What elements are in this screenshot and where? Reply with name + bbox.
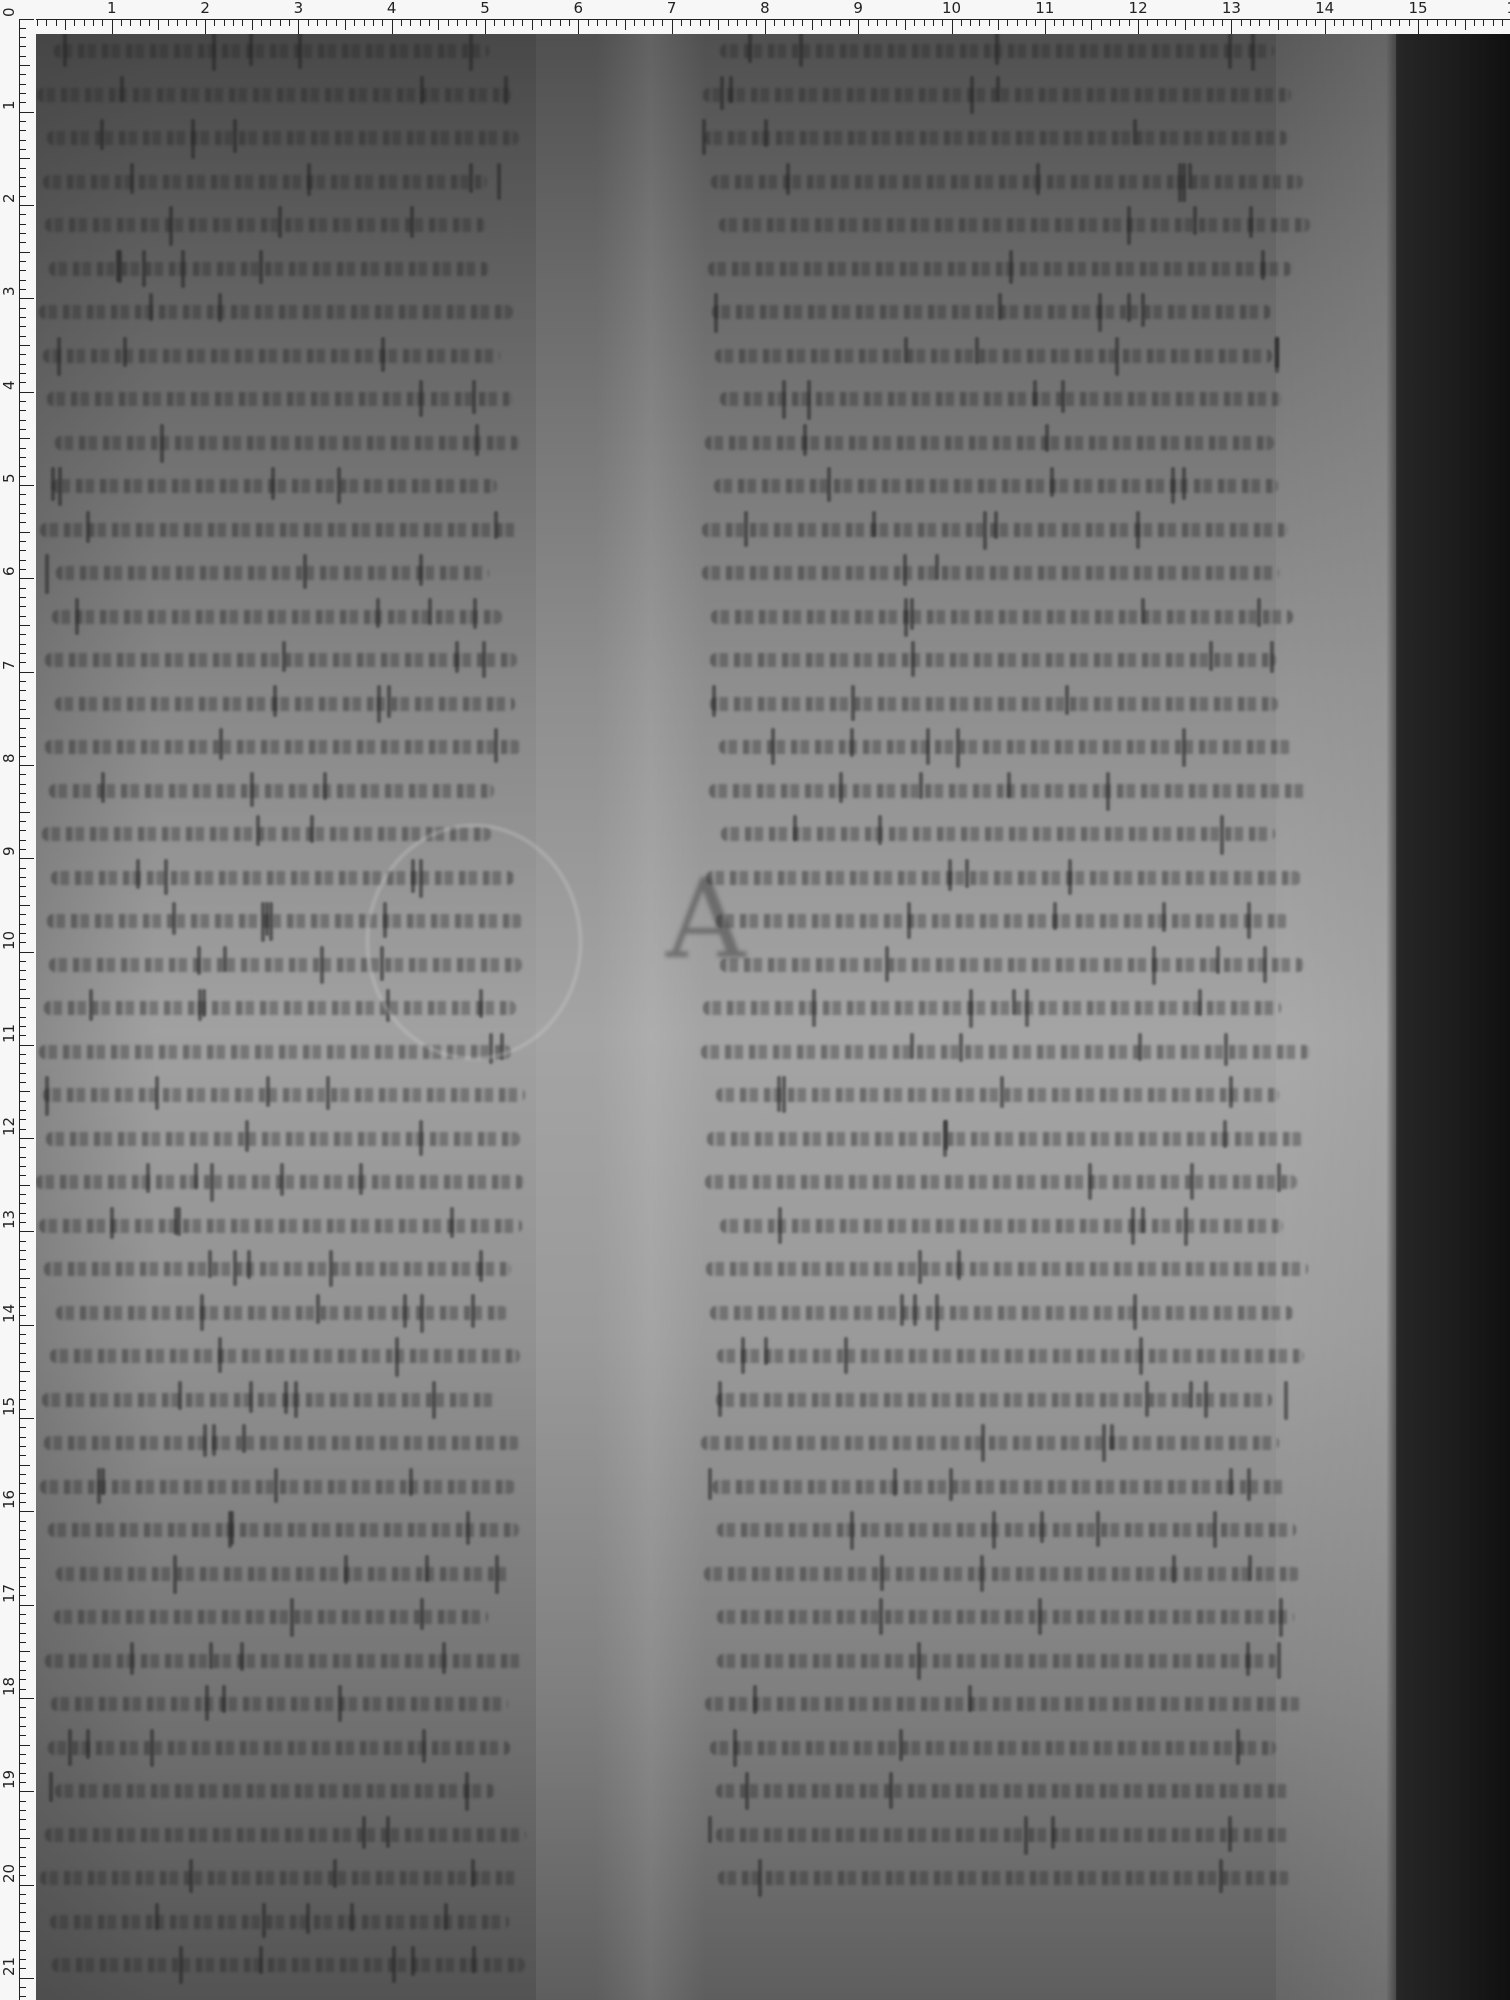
left-ruler-tick xyxy=(19,522,26,523)
top-ruler-tick xyxy=(46,19,47,26)
manuscript-text-line xyxy=(720,1219,1283,1233)
left-ruler-tick xyxy=(19,1679,26,1680)
manuscript-stroke xyxy=(179,1946,183,1984)
top-ruler-tick xyxy=(578,19,579,34)
top-ruler-tick xyxy=(644,19,645,26)
left-ruler-tick xyxy=(19,868,26,869)
manuscript-stroke xyxy=(51,467,55,501)
manuscript-text-line xyxy=(715,349,1272,363)
manuscript-stroke xyxy=(475,424,479,456)
top-ruler-tick xyxy=(625,19,626,30)
top-ruler-label: 3 xyxy=(294,0,304,16)
manuscript-stroke xyxy=(419,380,423,417)
manuscript-stroke xyxy=(155,1903,159,1930)
manuscript-stroke xyxy=(116,250,120,283)
top-ruler-tick xyxy=(970,19,971,26)
left-ruler-tick xyxy=(19,1922,26,1923)
manuscript-stroke xyxy=(799,34,803,67)
left-ruler-tick xyxy=(19,746,26,747)
left-ruler-tick xyxy=(19,1745,30,1746)
left-ruler-tick xyxy=(19,1875,26,1876)
manuscript-stroke xyxy=(233,1250,237,1286)
top-ruler-tick xyxy=(37,19,38,26)
manuscript-stroke xyxy=(262,1903,266,1939)
manuscript-stroke xyxy=(1127,206,1131,245)
manuscript-stroke xyxy=(1061,380,1065,413)
left-ruler-tick xyxy=(19,364,26,365)
left-ruler-tick xyxy=(19,149,26,150)
top-ruler-tick xyxy=(224,19,225,26)
top-ruler-tick xyxy=(774,19,775,26)
left-ruler-tick xyxy=(19,681,26,682)
left-ruler-tick xyxy=(19,74,26,75)
left-ruler-tick xyxy=(19,1203,26,1204)
left-ruler-tick xyxy=(19,65,30,66)
left-ruler-tick xyxy=(19,392,34,393)
manuscript-stroke xyxy=(1263,946,1267,983)
manuscript-stroke xyxy=(807,380,811,420)
left-ruler-tick xyxy=(19,718,30,719)
top-ruler-tick xyxy=(1287,19,1288,26)
manuscript-stroke xyxy=(271,467,275,500)
top-ruler-tick xyxy=(121,19,122,26)
circular-stain xyxy=(366,824,582,1060)
manuscript-stroke xyxy=(1236,1729,1240,1765)
manuscript-stroke xyxy=(1145,1381,1149,1418)
top-ruler-tick xyxy=(560,19,561,26)
manuscript-stroke xyxy=(1133,1294,1137,1330)
top-ruler-tick xyxy=(812,19,813,30)
top-ruler-tick xyxy=(1091,19,1092,30)
top-ruler-tick xyxy=(821,19,822,26)
manuscript-stroke xyxy=(381,337,385,372)
left-ruler-tick xyxy=(19,644,26,645)
top-ruler-tick xyxy=(1259,19,1260,26)
left-ruler-tick xyxy=(19,121,26,122)
manuscript-stroke xyxy=(212,34,216,71)
left-ruler-tick xyxy=(19,1829,26,1830)
manuscript-stroke xyxy=(1106,772,1110,811)
manuscript-stroke xyxy=(741,1337,745,1374)
top-ruler-tick xyxy=(420,19,421,26)
manuscript-text-line xyxy=(49,784,494,798)
left-ruler-tick xyxy=(19,1035,26,1036)
top-ruler-tick xyxy=(298,19,299,34)
left-ruler-label: 13 xyxy=(1,1210,17,1229)
manuscript-stroke xyxy=(337,467,341,504)
manuscript-stroke xyxy=(778,1207,782,1245)
left-ruler-tick xyxy=(19,1381,26,1382)
manuscript-stroke xyxy=(203,1424,207,1457)
left-ruler-tick xyxy=(19,1670,26,1671)
manuscript-stroke xyxy=(996,76,1000,103)
top-ruler-label: 10 xyxy=(942,0,961,16)
top-ruler-tick xyxy=(1175,19,1176,26)
left-ruler-tick xyxy=(19,448,26,449)
top-ruler-tick xyxy=(588,19,589,26)
manuscript-stroke xyxy=(748,34,752,63)
top-ruler-tick xyxy=(858,19,859,34)
manuscript-text-line xyxy=(716,1088,1279,1102)
top-ruler-tick xyxy=(886,19,887,26)
left-ruler-tick xyxy=(19,233,26,234)
manuscript-stroke xyxy=(1139,1337,1143,1375)
top-ruler-tick xyxy=(196,19,197,26)
left-ruler-tick xyxy=(19,504,26,505)
top-ruler-tick xyxy=(914,19,915,26)
manuscript-text-line xyxy=(712,1480,1287,1494)
left-ruler-tick xyxy=(19,1726,26,1727)
manuscript-stroke xyxy=(1040,1511,1044,1543)
left-ruler-tick xyxy=(19,261,26,262)
manuscript-stroke xyxy=(86,1729,90,1759)
left-ruler-tick xyxy=(19,112,34,113)
manuscript-stroke xyxy=(223,946,227,972)
manuscript-stroke xyxy=(178,1381,182,1411)
manuscript-stroke xyxy=(205,1685,209,1721)
left-ruler-label: 5 xyxy=(1,473,17,483)
top-ruler-tick xyxy=(1315,19,1316,26)
manuscript-text-line xyxy=(705,1697,1302,1711)
left-ruler-tick xyxy=(19,205,34,206)
manuscript-text-line xyxy=(51,1697,507,1711)
left-ruler-tick xyxy=(19,1073,26,1074)
left-ruler-tick xyxy=(19,1940,26,1941)
manuscript-stroke xyxy=(273,685,277,718)
left-ruler-label: 9 xyxy=(1,847,17,857)
manuscript-stroke xyxy=(89,989,93,1021)
left-ruler-tick xyxy=(19,1567,26,1568)
manuscript-text-line xyxy=(704,1567,1300,1581)
left-ruler-tick xyxy=(19,1754,26,1755)
manuscript-stroke xyxy=(913,1294,917,1326)
manuscript-stroke xyxy=(879,1598,883,1635)
manuscript-stroke xyxy=(994,511,998,540)
left-ruler-tick xyxy=(19,1287,26,1288)
manuscript-stroke xyxy=(494,728,498,763)
left-ruler-tick xyxy=(19,896,26,897)
manuscript-stroke xyxy=(1277,1642,1281,1680)
top-ruler-tick xyxy=(1418,19,1419,34)
manuscript-stroke xyxy=(1171,467,1175,504)
top-ruler-tick xyxy=(522,19,523,26)
manuscript-text-line xyxy=(701,1045,1310,1059)
manuscript-stroke xyxy=(1184,1207,1188,1246)
top-ruler-tick xyxy=(1213,19,1214,26)
manuscript-stroke xyxy=(130,1642,134,1676)
top-ruler-tick xyxy=(952,19,953,34)
left-ruler-tick xyxy=(19,970,26,971)
manuscript-stroke xyxy=(1133,119,1137,145)
top-ruler-tick xyxy=(242,19,243,26)
manuscript-stroke xyxy=(1204,1381,1208,1418)
manuscript-stroke xyxy=(504,76,508,104)
top-ruler-label: 1 xyxy=(1507,0,1510,16)
manuscript-stroke xyxy=(1228,34,1232,69)
top-ruler-tick xyxy=(401,19,402,26)
left-ruler-tick xyxy=(19,280,26,281)
top-ruler-tick xyxy=(933,19,934,26)
left-ruler-tick xyxy=(19,989,26,990)
top-ruler-tick xyxy=(317,19,318,26)
top-ruler-tick xyxy=(616,19,617,26)
manuscript-stroke xyxy=(1068,859,1072,895)
manuscript-text-line xyxy=(48,1523,520,1537)
manuscript-stroke xyxy=(242,1424,246,1453)
manuscript-text-line xyxy=(702,566,1279,580)
top-ruler-label: 15 xyxy=(1408,0,1427,16)
manuscript-stroke xyxy=(1098,293,1102,332)
manuscript-text-line xyxy=(716,914,1289,928)
left-ruler-tick xyxy=(19,914,26,915)
manuscript-stroke xyxy=(793,815,797,841)
manuscript-stroke xyxy=(473,598,477,630)
decorated-initial: A xyxy=(666,864,745,974)
left-ruler-tick xyxy=(19,326,26,327)
manuscript-stroke xyxy=(1065,685,1069,715)
manuscript-text-line xyxy=(703,1001,1281,1015)
left-ruler-label: 3 xyxy=(1,287,17,297)
manuscript-stroke xyxy=(1141,293,1145,327)
manuscript-stroke xyxy=(278,206,282,238)
manuscript-stroke xyxy=(466,1511,470,1545)
manuscript-stroke xyxy=(310,815,314,843)
top-ruler-tick xyxy=(728,19,729,26)
top-ruler-tick xyxy=(56,19,57,26)
left-ruler-tick xyxy=(19,1651,30,1652)
left-ruler-tick xyxy=(19,1213,26,1214)
left-ruler-label: 1 xyxy=(1,100,17,110)
manuscript-stroke xyxy=(712,685,716,718)
left-ruler-tick xyxy=(19,1418,34,1419)
manuscript-stroke xyxy=(904,337,908,363)
left-ruler-tick xyxy=(19,849,26,850)
manuscript-stroke xyxy=(442,1642,446,1675)
manuscript-stroke xyxy=(142,250,146,287)
top-ruler-tick xyxy=(868,19,869,26)
top-ruler-tick xyxy=(1101,19,1102,26)
left-ruler-tick xyxy=(19,1810,26,1811)
left-ruler-tick xyxy=(19,625,30,626)
manuscript-stroke xyxy=(428,598,432,626)
manuscript-text-line xyxy=(714,479,1279,493)
manuscript-stroke xyxy=(63,34,67,67)
manuscript-stroke xyxy=(1025,989,1029,1027)
top-ruler-tick xyxy=(597,19,598,26)
left-ruler-tick xyxy=(19,93,26,94)
manuscript-stroke xyxy=(266,1076,270,1107)
manuscript-text-line xyxy=(706,871,1301,885)
top-ruler-label: 13 xyxy=(1222,0,1241,16)
manuscript-stroke xyxy=(136,859,140,890)
top-ruler-tick xyxy=(158,19,159,30)
top-ruler-tick xyxy=(261,19,262,26)
left-ruler-tick xyxy=(19,784,26,785)
left-ruler-tick xyxy=(19,1455,26,1456)
left-ruler-tick xyxy=(19,998,30,999)
manuscript-text-line xyxy=(720,392,1282,406)
manuscript-stroke xyxy=(392,1946,396,1983)
top-ruler-tick xyxy=(784,19,785,26)
left-ruler-label: 8 xyxy=(1,753,17,763)
left-ruler-tick xyxy=(19,737,26,738)
left-ruler-label: 21 xyxy=(1,1957,17,1976)
manuscript-text-line xyxy=(719,740,1291,754)
top-ruler: 01234567891011121314151 xyxy=(0,0,1510,34)
manuscript-stroke xyxy=(444,1903,448,1931)
manuscript-text-line xyxy=(721,827,1275,841)
top-ruler-tick xyxy=(382,19,383,26)
top-ruler-tick xyxy=(1493,19,1494,26)
manuscript-stroke xyxy=(75,598,79,635)
manuscript-stroke xyxy=(177,1207,181,1236)
top-ruler-tick xyxy=(373,19,374,26)
left-ruler-tick xyxy=(19,1707,26,1708)
manuscript-stroke xyxy=(202,989,206,1017)
top-ruler-label: 5 xyxy=(480,0,490,16)
manuscript-stroke xyxy=(218,1337,222,1373)
top-ruler-tick xyxy=(457,19,458,26)
top-ruler-label: 1 xyxy=(107,0,117,16)
manuscript-stroke xyxy=(472,380,476,414)
top-ruler-tick xyxy=(1437,19,1438,26)
top-ruler-tick xyxy=(1045,19,1046,34)
top-ruler-tick xyxy=(1465,19,1466,30)
top-ruler-tick xyxy=(1362,19,1363,26)
left-ruler-tick xyxy=(19,550,26,551)
top-ruler-tick xyxy=(569,19,570,26)
top-ruler-tick xyxy=(354,19,355,26)
top-ruler-tick xyxy=(429,19,430,26)
manuscript-stroke xyxy=(957,1250,961,1280)
manuscript-stroke xyxy=(209,1642,213,1670)
manuscript-stroke xyxy=(376,598,380,629)
manuscript-stroke xyxy=(1138,1033,1142,1062)
manuscript-text-line xyxy=(46,1132,520,1146)
manuscript-stroke xyxy=(362,1816,366,1849)
left-ruler-tick xyxy=(19,28,26,29)
top-ruler-tick xyxy=(1129,19,1130,26)
manuscript-stroke xyxy=(782,380,786,419)
left-ruler-label: 16 xyxy=(1,1490,17,1509)
manuscript-stroke xyxy=(935,554,939,580)
manuscript-stroke xyxy=(1102,1424,1106,1462)
manuscript-stroke xyxy=(101,1468,105,1496)
left-ruler-tick xyxy=(19,1502,26,1503)
left-ruler-tick xyxy=(19,532,30,533)
manuscript-stroke xyxy=(1246,1642,1250,1676)
left-ruler-tick xyxy=(19,298,34,299)
manuscript-stroke xyxy=(100,119,104,150)
left-ruler-tick xyxy=(19,242,26,243)
manuscript-text-line xyxy=(711,175,1303,189)
left-ruler-label: 10 xyxy=(1,930,17,949)
manuscript-stroke xyxy=(1172,1555,1176,1583)
top-ruler-label: 8 xyxy=(760,0,770,16)
left-ruler-tick xyxy=(19,1138,34,1139)
manuscript-stroke xyxy=(827,467,831,502)
manuscript-stroke xyxy=(420,1294,424,1334)
top-ruler-label: 7 xyxy=(667,0,677,16)
manuscript-text-line xyxy=(49,262,489,276)
manuscript-stroke xyxy=(1038,1598,1042,1635)
manuscript-stroke xyxy=(992,1511,996,1549)
left-ruler-tick xyxy=(19,1026,26,1027)
top-ruler-tick xyxy=(1073,19,1074,26)
manuscript-stroke xyxy=(403,1294,407,1328)
left-ruler-tick xyxy=(19,821,26,822)
left-ruler-tick xyxy=(19,924,26,925)
top-ruler-tick xyxy=(93,19,94,26)
left-ruler-tick xyxy=(19,1157,26,1158)
manuscript-stroke xyxy=(1189,1381,1193,1408)
manuscript-stroke xyxy=(1141,1207,1145,1233)
left-ruler-tick xyxy=(19,1231,34,1232)
top-ruler-tick xyxy=(466,19,467,26)
left-ruler-tick xyxy=(19,1950,26,1951)
manuscript-stroke xyxy=(812,989,816,1027)
left-ruler-tick xyxy=(19,1661,26,1662)
left-ruler-tick xyxy=(19,961,26,962)
manuscript-stroke xyxy=(247,1250,251,1279)
manuscript-stroke xyxy=(1152,946,1156,986)
manuscript-stroke xyxy=(425,1555,429,1583)
left-ruler-tick xyxy=(19,308,26,309)
manuscript-text-line xyxy=(56,1567,513,1581)
top-ruler-tick xyxy=(410,19,411,26)
left-ruler-tick xyxy=(19,1605,34,1606)
left-ruler-tick xyxy=(19,102,26,103)
manuscript-stroke xyxy=(259,250,263,285)
manuscript-stroke xyxy=(899,1729,903,1761)
manuscript-stroke xyxy=(419,1120,423,1156)
top-ruler-tick xyxy=(1017,19,1018,26)
top-ruler-label: 14 xyxy=(1315,0,1334,16)
manuscript-stroke xyxy=(1251,34,1255,71)
manuscript-stroke xyxy=(479,1250,483,1282)
top-ruler-tick xyxy=(961,19,962,26)
manuscript-stroke xyxy=(250,772,254,807)
left-ruler-tick xyxy=(19,410,26,411)
manuscript-stroke xyxy=(432,1381,436,1420)
left-ruler-tick xyxy=(19,756,26,757)
left-ruler-tick xyxy=(19,1222,26,1223)
left-ruler-tick xyxy=(19,1474,26,1475)
top-ruler-tick xyxy=(1269,19,1270,26)
manuscript-stroke xyxy=(422,1729,426,1763)
top-ruler-tick xyxy=(74,19,75,26)
left-ruler-tick xyxy=(19,168,26,169)
manuscript-stroke xyxy=(1007,772,1011,798)
manuscript-stroke xyxy=(284,1381,288,1414)
top-ruler-tick xyxy=(252,19,253,30)
manuscript-stroke xyxy=(259,1946,263,1974)
manuscript-stroke xyxy=(995,34,999,65)
top-ruler-tick xyxy=(550,19,551,26)
top-ruler-tick xyxy=(1138,19,1139,34)
left-ruler-tick xyxy=(19,802,26,803)
top-ruler-tick xyxy=(1147,19,1148,26)
top-ruler-tick xyxy=(205,19,206,34)
top-ruler-tick xyxy=(793,19,794,26)
manuscript-text-line xyxy=(43,175,487,189)
top-ruler-tick xyxy=(989,19,990,26)
manuscript-stroke xyxy=(919,772,923,799)
left-ruler-tick xyxy=(19,1465,30,1466)
manuscript-stroke xyxy=(949,1468,953,1501)
top-ruler-tick xyxy=(541,19,542,26)
manuscript-text-line xyxy=(719,218,1310,232)
